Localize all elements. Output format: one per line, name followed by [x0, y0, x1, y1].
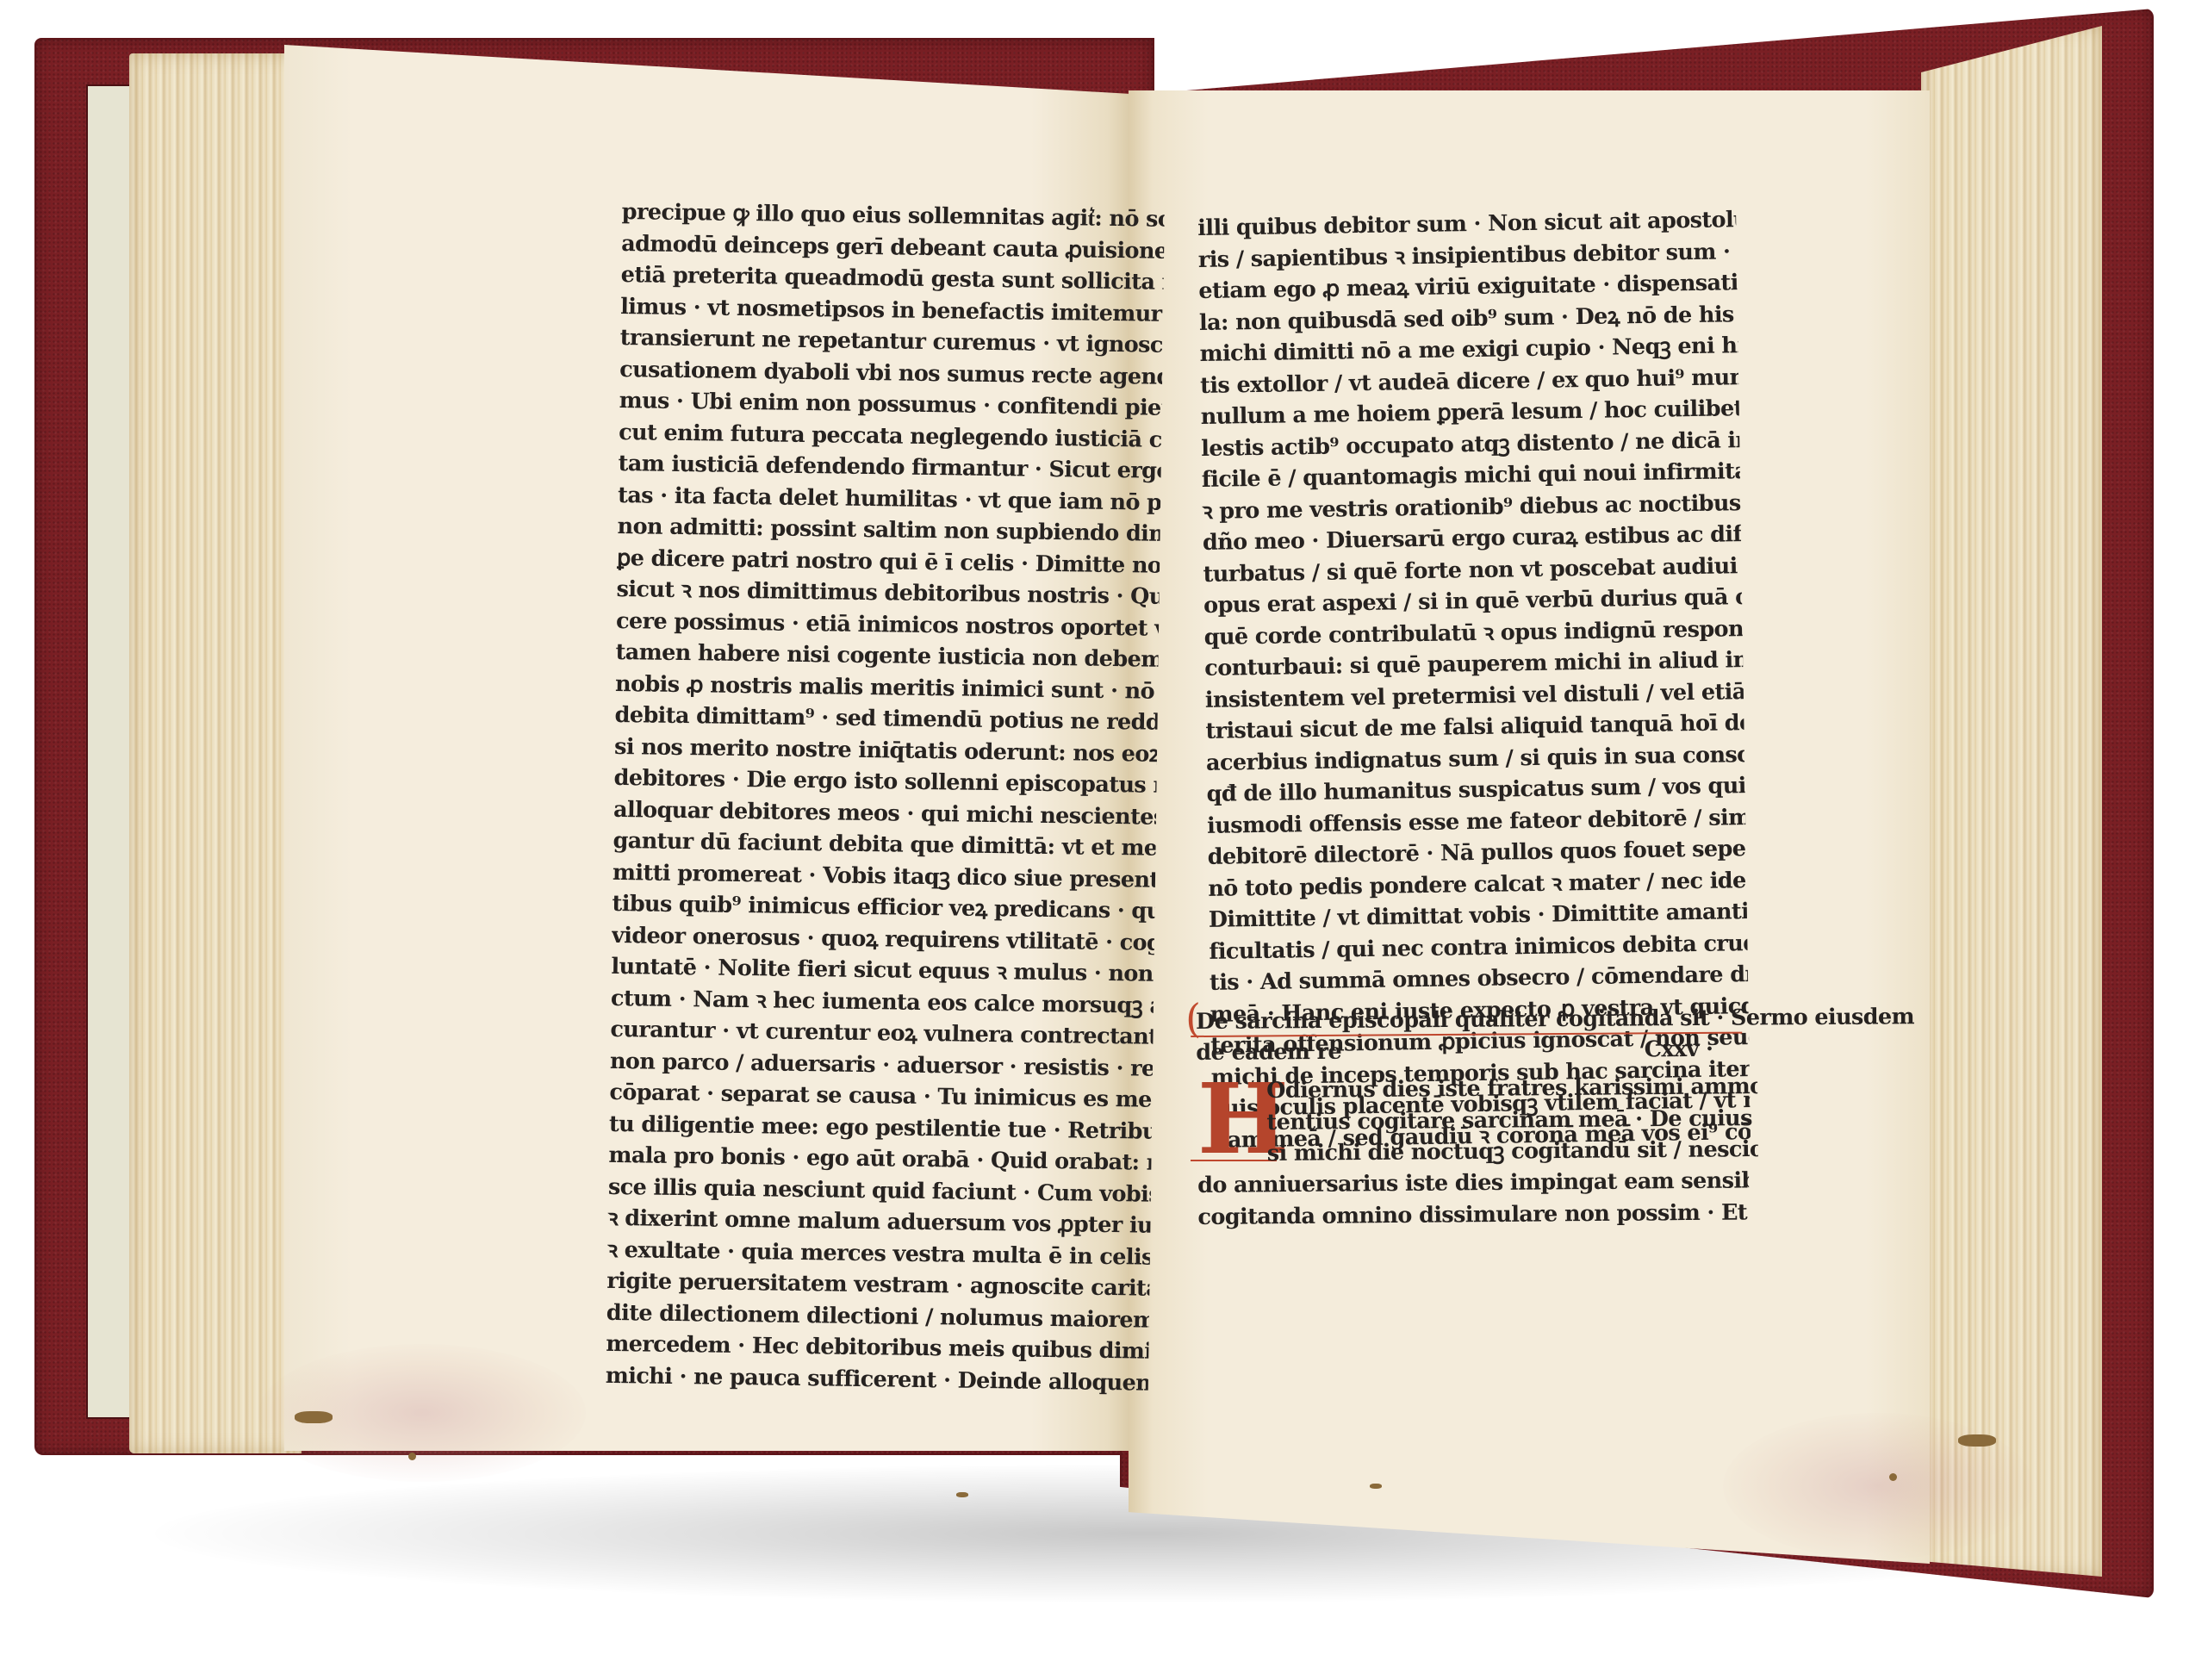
- sermon-number: Cxxv ·: [1645, 1034, 1713, 1066]
- wormhole: [956, 1492, 968, 1497]
- text-line: tentius cogitare sarcinam meā · De cuius…: [1266, 1103, 1757, 1138]
- paragraph-mark-icon: (: [1185, 1003, 1201, 1034]
- text-line: cogitanda omnino dissimulare non possim …: [1197, 1197, 1749, 1233]
- page-edges-left: [129, 53, 302, 1453]
- text-line: si michi die noctuqꝫ cogitandū sit / nes…: [1267, 1134, 1758, 1169]
- sermon-heading: ( De sarcina episcopali qualiter cogitan…: [1196, 1003, 1747, 1068]
- wormhole: [295, 1411, 333, 1423]
- rubricated-initial: H: [1197, 1077, 1262, 1163]
- sermon-text: do anniuersarius iste dies impingat eam …: [1197, 1165, 1750, 1233]
- text-line: Odiernus dies iste fratres karissimi amm…: [1266, 1071, 1757, 1106]
- wormhole: [408, 1453, 416, 1460]
- sermon-text-indented: Odiernus dies iste fratres karissimi amm…: [1266, 1071, 1758, 1169]
- wormhole: [1370, 1484, 1382, 1489]
- left-page-text: precipue ꝙ illo quo eius sollemnitas agi…: [606, 196, 1165, 1399]
- wormhole: [1958, 1434, 1996, 1447]
- rubric-underline: [1191, 1160, 1277, 1161]
- page-edges-right: [1921, 26, 2102, 1577]
- wormhole: [1889, 1473, 1897, 1481]
- text-line: do anniuersarius iste dies impingat eam …: [1197, 1165, 1749, 1201]
